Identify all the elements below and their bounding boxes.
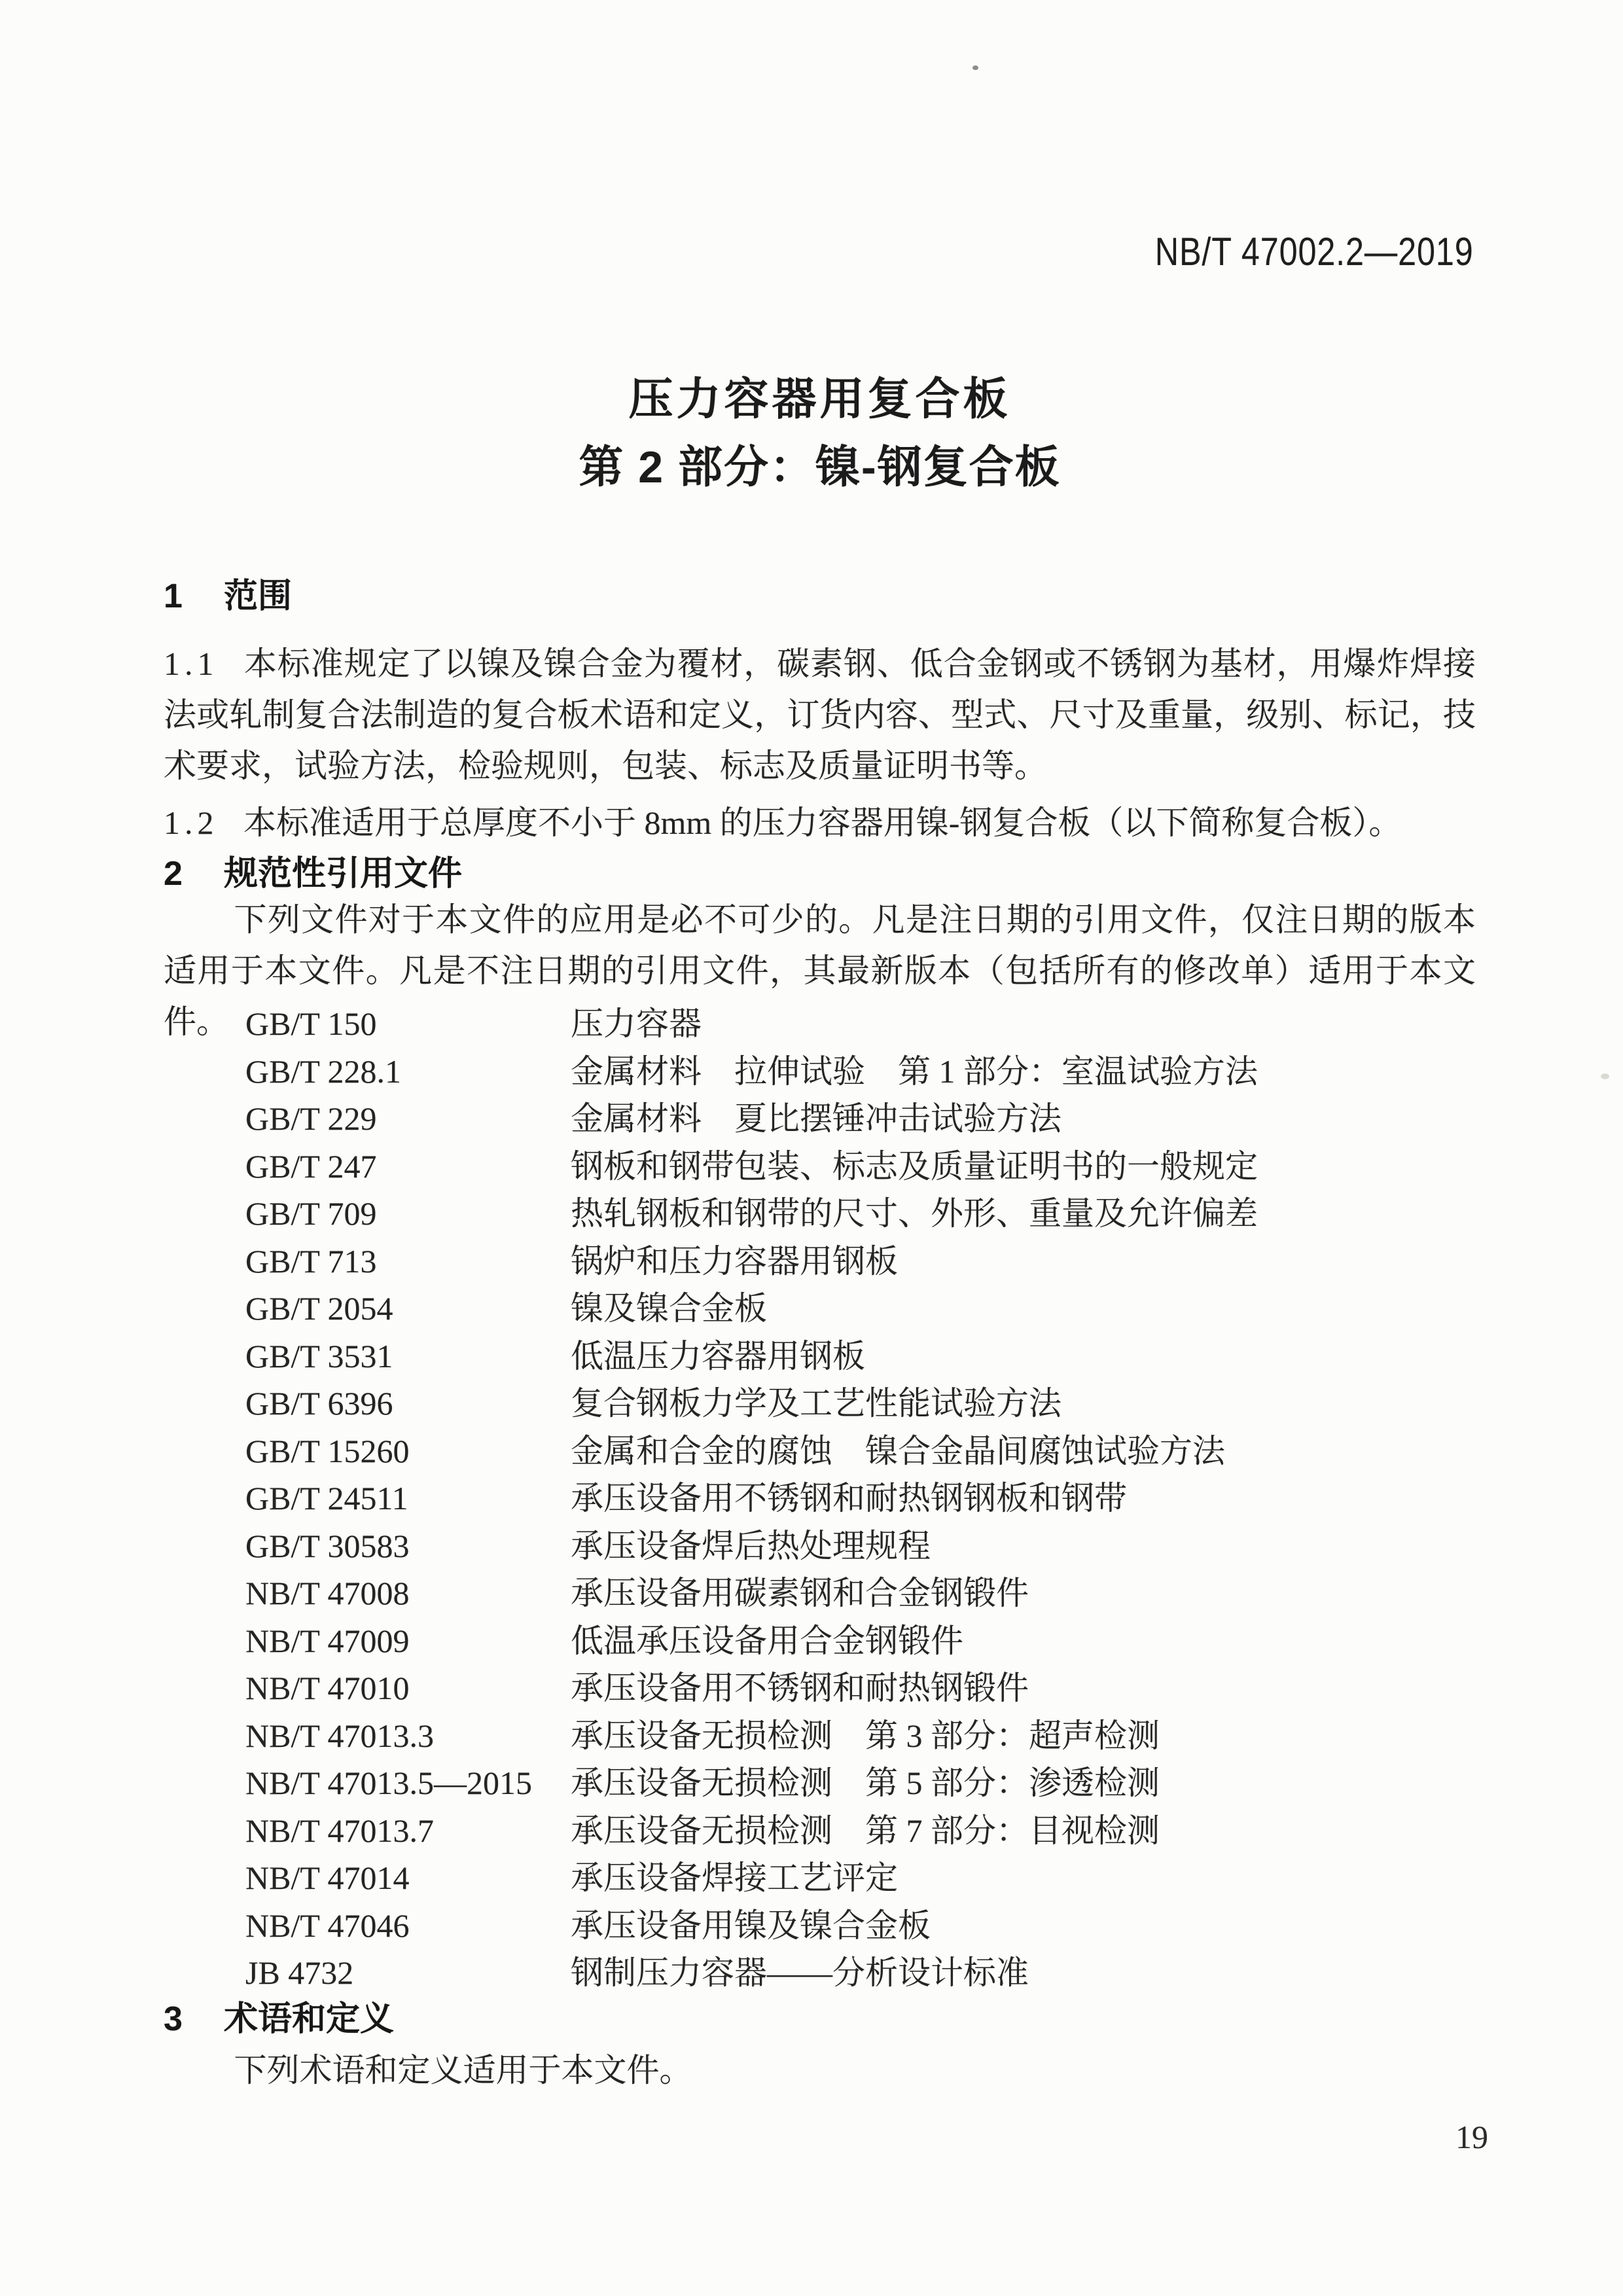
reference-code: GB/T 228.1 [245,1048,571,1096]
reference-row: GB/T 30583承压设备焊后热处理规程 [245,1522,1479,1570]
reference-title: 承压设备用不锈钢和耐热钢钢板和钢带 [571,1475,1479,1522]
reference-row: NB/T 47013.7承压设备无损检测 第 7 部分：目视检测 [245,1807,1479,1855]
reference-row: NB/T 47013.5—2015承压设备无损检测 第 5 部分：渗透检测 [245,1759,1479,1807]
clause-1-2-number: 1.2 [164,797,243,848]
section-3-heading: 3术语和定义 [164,1991,394,2040]
scan-speck [1601,1073,1609,1079]
clause-1-1-text: 本标准规定了以镍及镍合金为覆材，碳素钢、低合金钢或不锈钢为基材，用爆炸焊接法或轧… [164,645,1476,784]
reference-code: GB/T 713 [245,1238,571,1285]
section-1-number: 1 [164,577,224,616]
reference-code: NB/T 47013.5—2015 [245,1759,571,1807]
section-3-title: 术语和定义 [224,2000,394,2038]
reference-title: 金属和合金的腐蚀 镍合金晶间腐蚀试验方法 [571,1427,1479,1475]
section-2-title: 规范性引用文件 [224,855,462,893]
reference-code: NB/T 47013.3 [245,1712,571,1760]
reference-title: 锅炉和压力容器用钢板 [571,1238,1479,1285]
reference-row: NB/T 47014承压设备焊接工艺评定 [245,1854,1479,1902]
reference-code: GB/T 30583 [245,1522,571,1570]
reference-code: NB/T 47046 [245,1902,571,1950]
page-number: 19 [1455,2118,1488,2156]
reference-title: 低温压力容器用钢板 [571,1333,1479,1380]
normative-references-list: GB/T 150压力容器 GB/T 228.1金属材料 拉伸试验 第 1 部分：… [245,1000,1479,1997]
reference-title: 热轧钢板和钢带的尺寸、外形、重量及允许偏差 [571,1190,1479,1238]
section-1-title: 范围 [224,577,292,615]
reference-title: 镍及镍合金板 [571,1285,1479,1333]
reference-code: GB/T 24511 [245,1475,571,1522]
reference-title: 压力容器 [571,1000,1479,1048]
reference-title: 复合钢板力学及工艺性能试验方法 [571,1380,1479,1427]
document-title-line1: 压力容器用复合板 [164,364,1476,427]
reference-title: 低温承压设备用合金钢锻件 [571,1617,1479,1665]
reference-row: NB/T 47009低温承压设备用合金钢锻件 [245,1617,1479,1665]
standard-number: NB/T 47002.2—2019 [1155,229,1474,274]
reference-title: 承压设备无损检测 第 3 部分：超声检测 [571,1712,1479,1760]
scanned-standard-document: { "header": { "standard_number": "NB/T 4… [0,0,1623,2296]
reference-title: 钢板和钢带包装、标志及质量证明书的一般规定 [571,1143,1479,1191]
reference-row: GB/T 2054镍及镍合金板 [245,1285,1479,1333]
reference-row: GB/T 228.1金属材料 拉伸试验 第 1 部分：室温试验方法 [245,1048,1479,1096]
reference-code: NB/T 47014 [245,1854,571,1902]
reference-title: 承压设备焊后热处理规程 [571,1522,1479,1570]
reference-code: NB/T 47010 [245,1664,571,1712]
reference-code: GB/T 6396 [245,1380,571,1427]
reference-code: NB/T 47008 [245,1570,571,1617]
reference-row: GB/T 15260金属和合金的腐蚀 镍合金晶间腐蚀试验方法 [245,1427,1479,1475]
reference-title: 承压设备焊接工艺评定 [571,1854,1479,1902]
reference-row: GB/T 24511承压设备用不锈钢和耐热钢钢板和钢带 [245,1475,1479,1522]
reference-code: NB/T 47013.7 [245,1807,571,1855]
section-2-number: 2 [164,854,224,893]
reference-code: JB 4732 [245,1949,571,1997]
reference-row: JB 4732钢制压力容器——分析设计标准 [245,1949,1479,1997]
reference-code: GB/T 2054 [245,1285,571,1333]
reference-row: GB/T 3531低温压力容器用钢板 [245,1333,1479,1380]
section-3-number: 3 [164,2000,224,2039]
clause-1-2-text: 本标准适用于总厚度不小于 8mm 的压力容器用镍-钢复合板（以下简称复合板）。 [243,804,1401,841]
section-1-heading: 1范围 [164,568,292,617]
clause-1-1-paragraph: 1.1本标准规定了以镍及镍合金为覆材，碳素钢、低合金钢或不锈钢为基材，用爆炸焊接… [164,638,1476,791]
reference-code: NB/T 47009 [245,1617,571,1665]
reference-title: 承压设备无损检测 第 7 部分：目视检测 [571,1807,1479,1855]
reference-title: 金属材料 夏比摆锤冲击试验方法 [571,1095,1479,1143]
reference-code: GB/T 247 [245,1143,571,1191]
reference-row: GB/T 229金属材料 夏比摆锤冲击试验方法 [245,1095,1479,1143]
clause-1-1-number: 1.1 [164,638,243,689]
scan-speck [972,65,978,70]
reference-code: GB/T 150 [245,1000,571,1048]
reference-code: GB/T 229 [245,1095,571,1143]
section-3-paragraph: 下列术语和定义适用于本文件。 [164,2045,1476,2096]
reference-row: GB/T 247钢板和钢带包装、标志及质量证明书的一般规定 [245,1143,1479,1191]
reference-row: NB/T 47008承压设备用碳素钢和合金钢锻件 [245,1570,1479,1617]
reference-title: 金属材料 拉伸试验 第 1 部分：室温试验方法 [571,1048,1479,1096]
section-2-heading: 2规范性引用文件 [164,846,462,895]
reference-title: 承压设备用不锈钢和耐热钢锻件 [571,1664,1479,1712]
reference-code: GB/T 709 [245,1190,571,1238]
reference-title: 钢制压力容器——分析设计标准 [571,1949,1479,1997]
reference-row: NB/T 47013.3承压设备无损检测 第 3 部分：超声检测 [245,1712,1479,1760]
reference-code: GB/T 3531 [245,1333,571,1380]
document-page: NB/T 47002.2—2019 压力容器用复合板 第 2 部分：镍-钢复合板… [0,0,1623,2296]
reference-row: GB/T 709热轧钢板和钢带的尺寸、外形、重量及允许偏差 [245,1190,1479,1238]
reference-row: GB/T 150压力容器 [245,1000,1479,1048]
document-title-line2: 第 2 部分：镍-钢复合板 [164,432,1476,495]
reference-title: 承压设备用镍及镍合金板 [571,1902,1479,1950]
reference-row: GB/T 6396复合钢板力学及工艺性能试验方法 [245,1380,1479,1427]
reference-title: 承压设备用碳素钢和合金钢锻件 [571,1570,1479,1617]
reference-row: NB/T 47010承压设备用不锈钢和耐热钢锻件 [245,1664,1479,1712]
clause-1-2-paragraph: 1.2本标准适用于总厚度不小于 8mm 的压力容器用镍-钢复合板（以下简称复合板… [164,797,1476,848]
reference-code: GB/T 15260 [245,1427,571,1475]
reference-row: GB/T 713锅炉和压力容器用钢板 [245,1238,1479,1285]
reference-row: NB/T 47046承压设备用镍及镍合金板 [245,1902,1479,1950]
reference-title: 承压设备无损检测 第 5 部分：渗透检测 [571,1759,1479,1807]
